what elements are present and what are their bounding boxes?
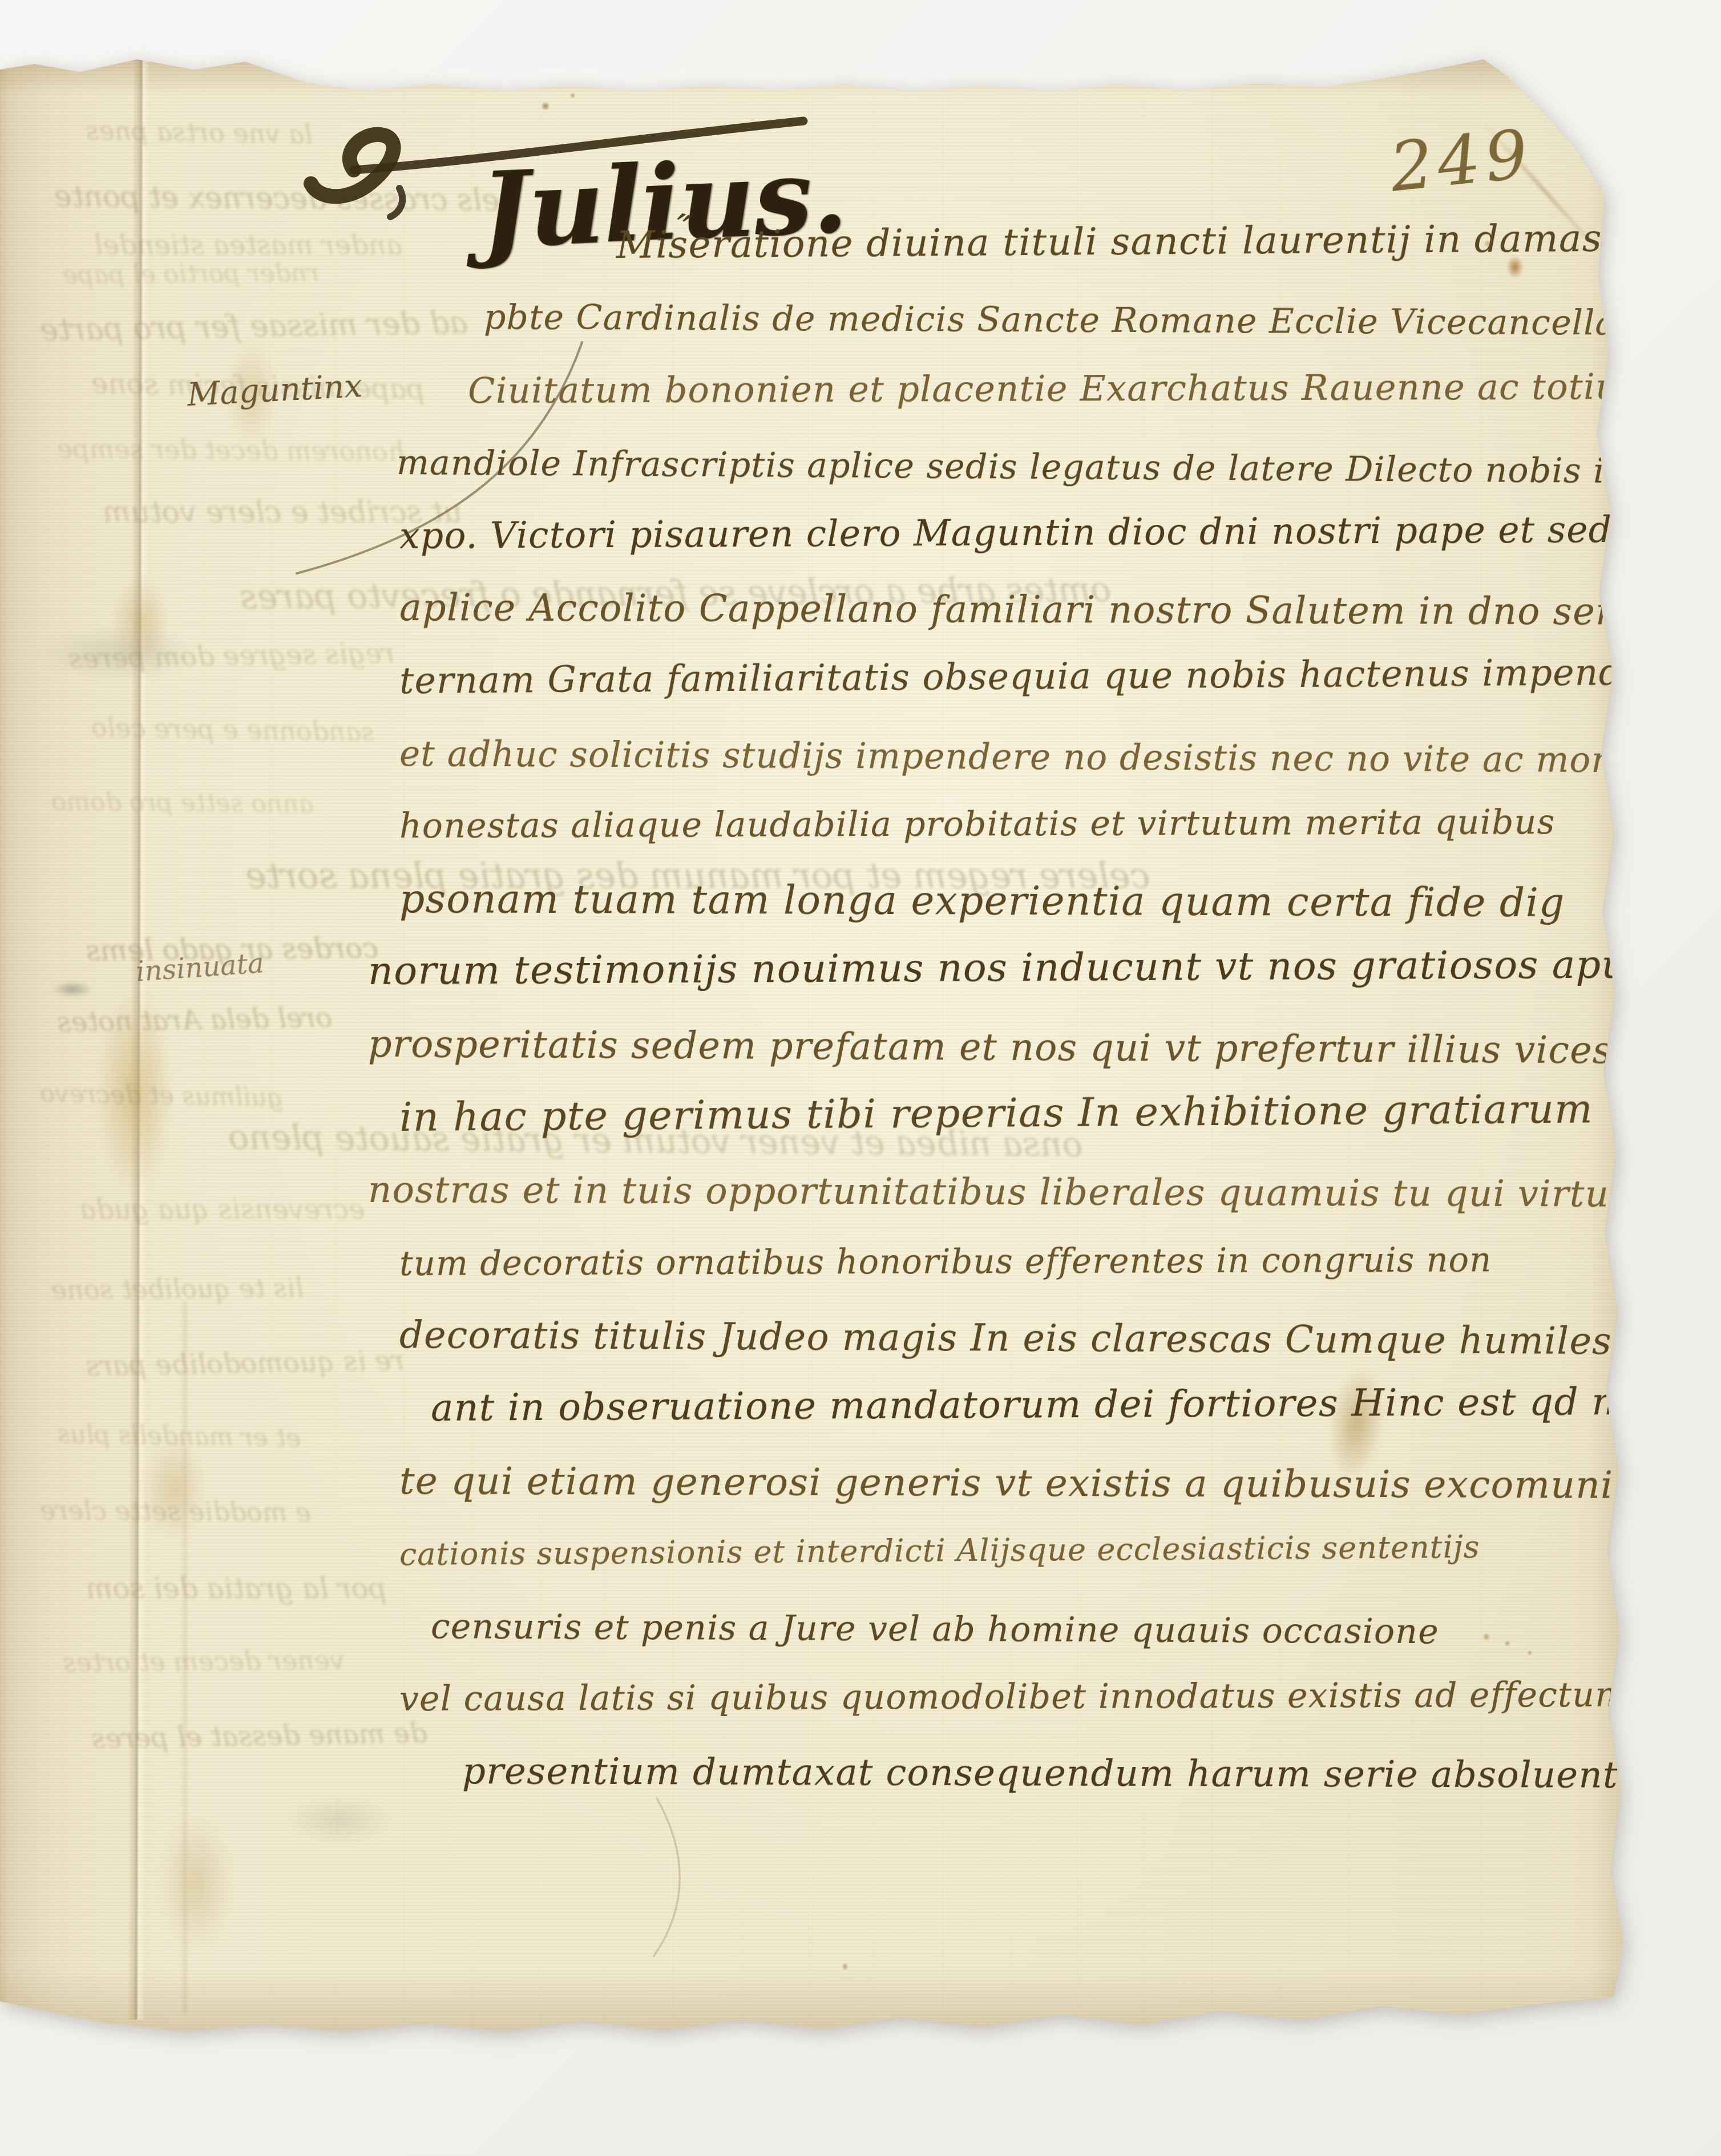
folio-page-number: 249 (1386, 114, 1536, 207)
bleedthrough-line: lis te quolibet sone (51, 1272, 304, 1305)
text-line: et adhuc solicitis studijs impendere no … (399, 734, 1632, 780)
ink-speck (1504, 1640, 1510, 1647)
ink-speck (842, 1963, 849, 1971)
paper-right-edge-tint (1590, 171, 1635, 1997)
bleedthrough-line: ander mastea stiendel (94, 229, 402, 261)
text-line: Miseratione diuina tituli sancti laurent… (616, 216, 1626, 267)
vertical-fold-crease (128, 59, 150, 2020)
bleedthrough-line: vener decem et ortes (63, 1645, 345, 1678)
grey-smudge (40, 628, 200, 679)
margin-note-insinuata: insinuata (135, 947, 265, 988)
text-line: xpo. Victori pisauren clero Maguntin dio… (399, 509, 1644, 557)
margin-note-maguntin: Maguntinx (187, 367, 363, 414)
text-line: ternam Grata familiaritatis obsequia que… (399, 651, 1682, 702)
paper-shadow-wrap: la vne ortsa pnesels crosses decernex et… (0, 0, 1721, 2156)
text-line: honestas aliaque laudabilia probitatis e… (399, 802, 1556, 846)
text-line: ant in obseruatione mandatorum dei forti… (431, 1380, 1661, 1430)
bleedthrough-line: et er mandelis plus (57, 1419, 301, 1453)
bleedthrough-line: por la gratia dei som (86, 1572, 387, 1605)
text-line: cationis suspensionis et interdicti Alij… (399, 1529, 1480, 1572)
text-line: decoratis titulis Judeo magis In eis cla… (399, 1314, 1652, 1363)
ink-speck (1527, 1650, 1533, 1656)
bleedthrough-line: els crosses decernex et ponte (54, 180, 500, 218)
bleedthrough-line: orel dela Arat notes (57, 1002, 333, 1038)
text-line: pbte Cardinalis de medicis Sancte Romane… (484, 297, 1686, 343)
paper-bottom-edge-tint (0, 1968, 1721, 2031)
text-line: nostras et in tuis opportunitatibus libe… (368, 1169, 1610, 1216)
bleedthrough-line: sandonne e pere celo (91, 712, 375, 748)
text-line: presentium dumtaxat consequendum harum s… (462, 1750, 1721, 1797)
text-line: censuris et penis a Jure vel ab homine q… (431, 1607, 1439, 1652)
text-line: te qui etiam generosi generis vt existis… (399, 1459, 1614, 1507)
fold-stain (111, 576, 168, 668)
bleedthrough-line: honorem decet der sempe (57, 433, 405, 467)
text-line: in hac pte gerimus tibi reperias In exhi… (399, 1085, 1594, 1140)
bleedthrough-line: ad der missae fer pro parte (40, 304, 468, 347)
text-line: tum decoratis ornatibus honoribus effere… (399, 1240, 1492, 1283)
fold-stain (97, 990, 171, 1195)
bleedthrough-line: anno sette pro domo (51, 787, 314, 819)
fold-stain (160, 1814, 234, 1951)
bleedthrough-line: de mane dessat el peres (91, 1717, 428, 1755)
scanned-manuscript: la vne ortsa pnesels crosses decernex et… (0, 0, 1721, 2156)
bleedthrough-line: re is quomodolibe pars (86, 1345, 405, 1382)
ink-speck (541, 102, 550, 111)
manuscript-page: la vne ortsa pnesels crosses decernex et… (0, 0, 1721, 2156)
text-line: norum testimonijs nouimus nos inducunt v… (368, 942, 1653, 994)
fold-stain (143, 1438, 205, 1540)
bleedthrough-line: regis segree dom peres (68, 637, 395, 675)
grey-smudge (285, 1797, 394, 1843)
bleedthrough-line: rnder portio el pape (63, 258, 320, 290)
paper-fiber (653, 1797, 680, 1957)
secondary-crease (181, 1301, 188, 2014)
bleedthrough-line: ecrevensis qua guda (80, 1194, 365, 1225)
text-line: psonam tuam tam longa experientia quam c… (399, 876, 1565, 926)
text-line: prosperitatis sedem prefatam et nos qui … (368, 1023, 1613, 1072)
paper-top-edge-tint (0, 55, 1721, 96)
bleedthrough-line: e moddie sette clere (40, 1495, 312, 1528)
ink-speck (569, 92, 576, 99)
ink-speck (1482, 1633, 1490, 1641)
text-line: Ciuitatum bononien et placentie Exarchat… (468, 365, 1699, 411)
text-line: vel causa latis si quibus quomodolibet i… (399, 1674, 1629, 1719)
text-line: aplice Accolito Cappellano familiari nos… (399, 586, 1669, 634)
bleedthrough-line: la vne ortsa pnes (86, 115, 313, 150)
bleedthrough-line: guilmus et decrevo (40, 1079, 284, 1112)
edge-mark (52, 981, 92, 997)
text-line: mandiole Infrascriptis aplice sedis lega… (397, 443, 1628, 491)
